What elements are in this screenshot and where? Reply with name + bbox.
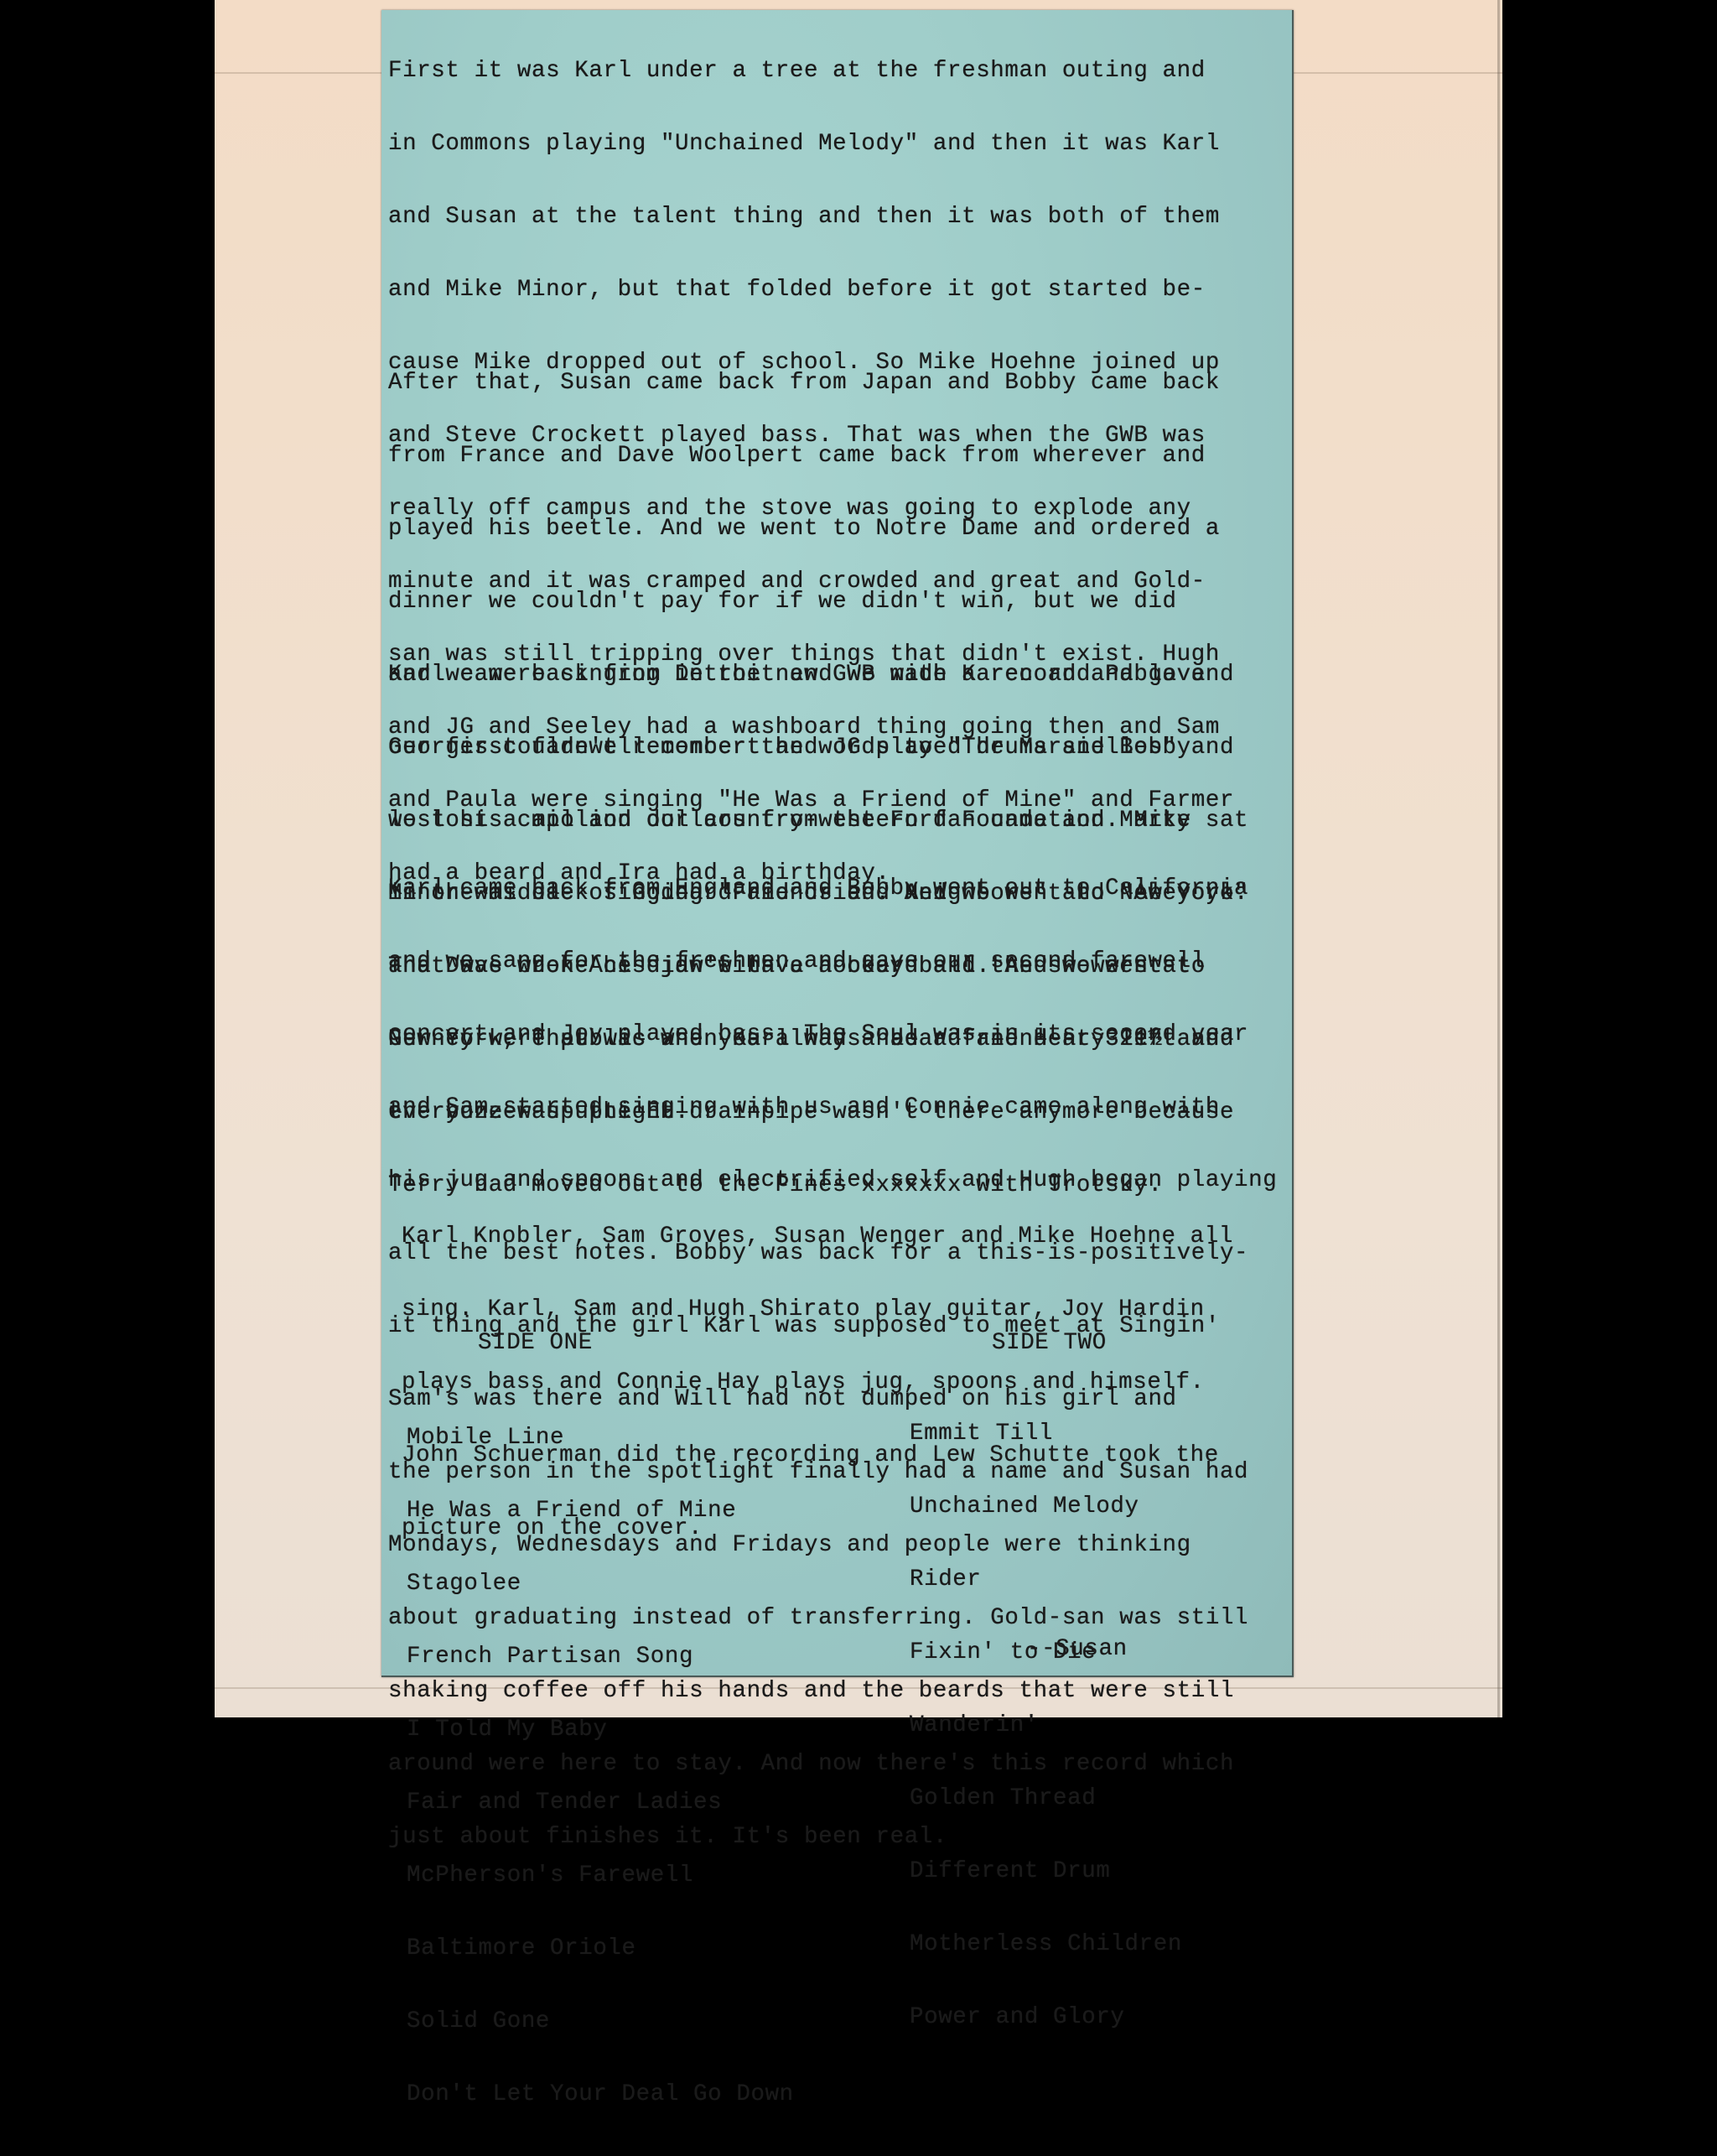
side-one-heading: SIDE ONE <box>478 1331 593 1355</box>
track-item: Stagolee <box>407 1572 794 1596</box>
liner-notes-sheet: First it was Karl under a tree at the fr… <box>381 10 1294 1677</box>
text-line: Karl Knobler, Sam Groves, Susan Wenger a… <box>402 1224 1233 1249</box>
text-line: dinner we couldn't pay for if we didn't … <box>388 590 1248 614</box>
board-edge <box>1497 0 1500 1717</box>
track-item: Rider <box>910 1567 1182 1592</box>
text-line: sing. Karl, Sam and Hugh Shirato play gu… <box>402 1297 1233 1322</box>
side-two-heading: SIDE TWO <box>992 1331 1107 1355</box>
text-line: Karl came back from Detroit and we made … <box>388 662 1248 687</box>
track-item: Wanderin' <box>910 1713 1182 1717</box>
text-line: concert and Joy played bass. The Soul wa… <box>388 1022 1277 1047</box>
text-line: First it was Karl under a tree at the fr… <box>388 59 1234 83</box>
track-item: Emmit Till <box>910 1421 1182 1446</box>
text-line: and Susan at the talent thing and then i… <box>388 205 1234 229</box>
text-line: played his beetle. And we went to Notre … <box>388 517 1248 541</box>
text-line: in Commons playing "Unchained Melody" an… <box>388 132 1234 156</box>
signature: --Susan <box>1027 1637 1128 1661</box>
text-line: and Sam started singing with us and Conn… <box>388 1095 1277 1120</box>
track-item: Mobile Line <box>407 1426 794 1450</box>
photo-frame: First it was Karl under a tree at the fr… <box>0 0 1717 1717</box>
track-item: French Partisan Song <box>407 1644 794 1669</box>
side-two-tracklist: Emmit Till Unchained Melody Rider Fixin'… <box>910 1373 1182 1717</box>
track-item: He Was a Friend of Mine <box>407 1499 794 1523</box>
text-line: After that, Susan came back from Japan a… <box>388 371 1248 395</box>
text-line: from France and Dave Woolpert came back … <box>388 444 1248 468</box>
text-line: our first farewell concert and JG played… <box>388 735 1248 760</box>
track-item: Unchained Melody <box>910 1494 1182 1519</box>
side-one-tracklist: Mobile Line He Was a Friend of Mine Stag… <box>407 1377 794 1717</box>
text-line: Karl came back from England and Bobby we… <box>388 876 1277 901</box>
text-line: and we sang for the freshmen and gave ou… <box>388 949 1277 974</box>
text-line: and Mike Minor, but that folded before i… <box>388 278 1234 302</box>
